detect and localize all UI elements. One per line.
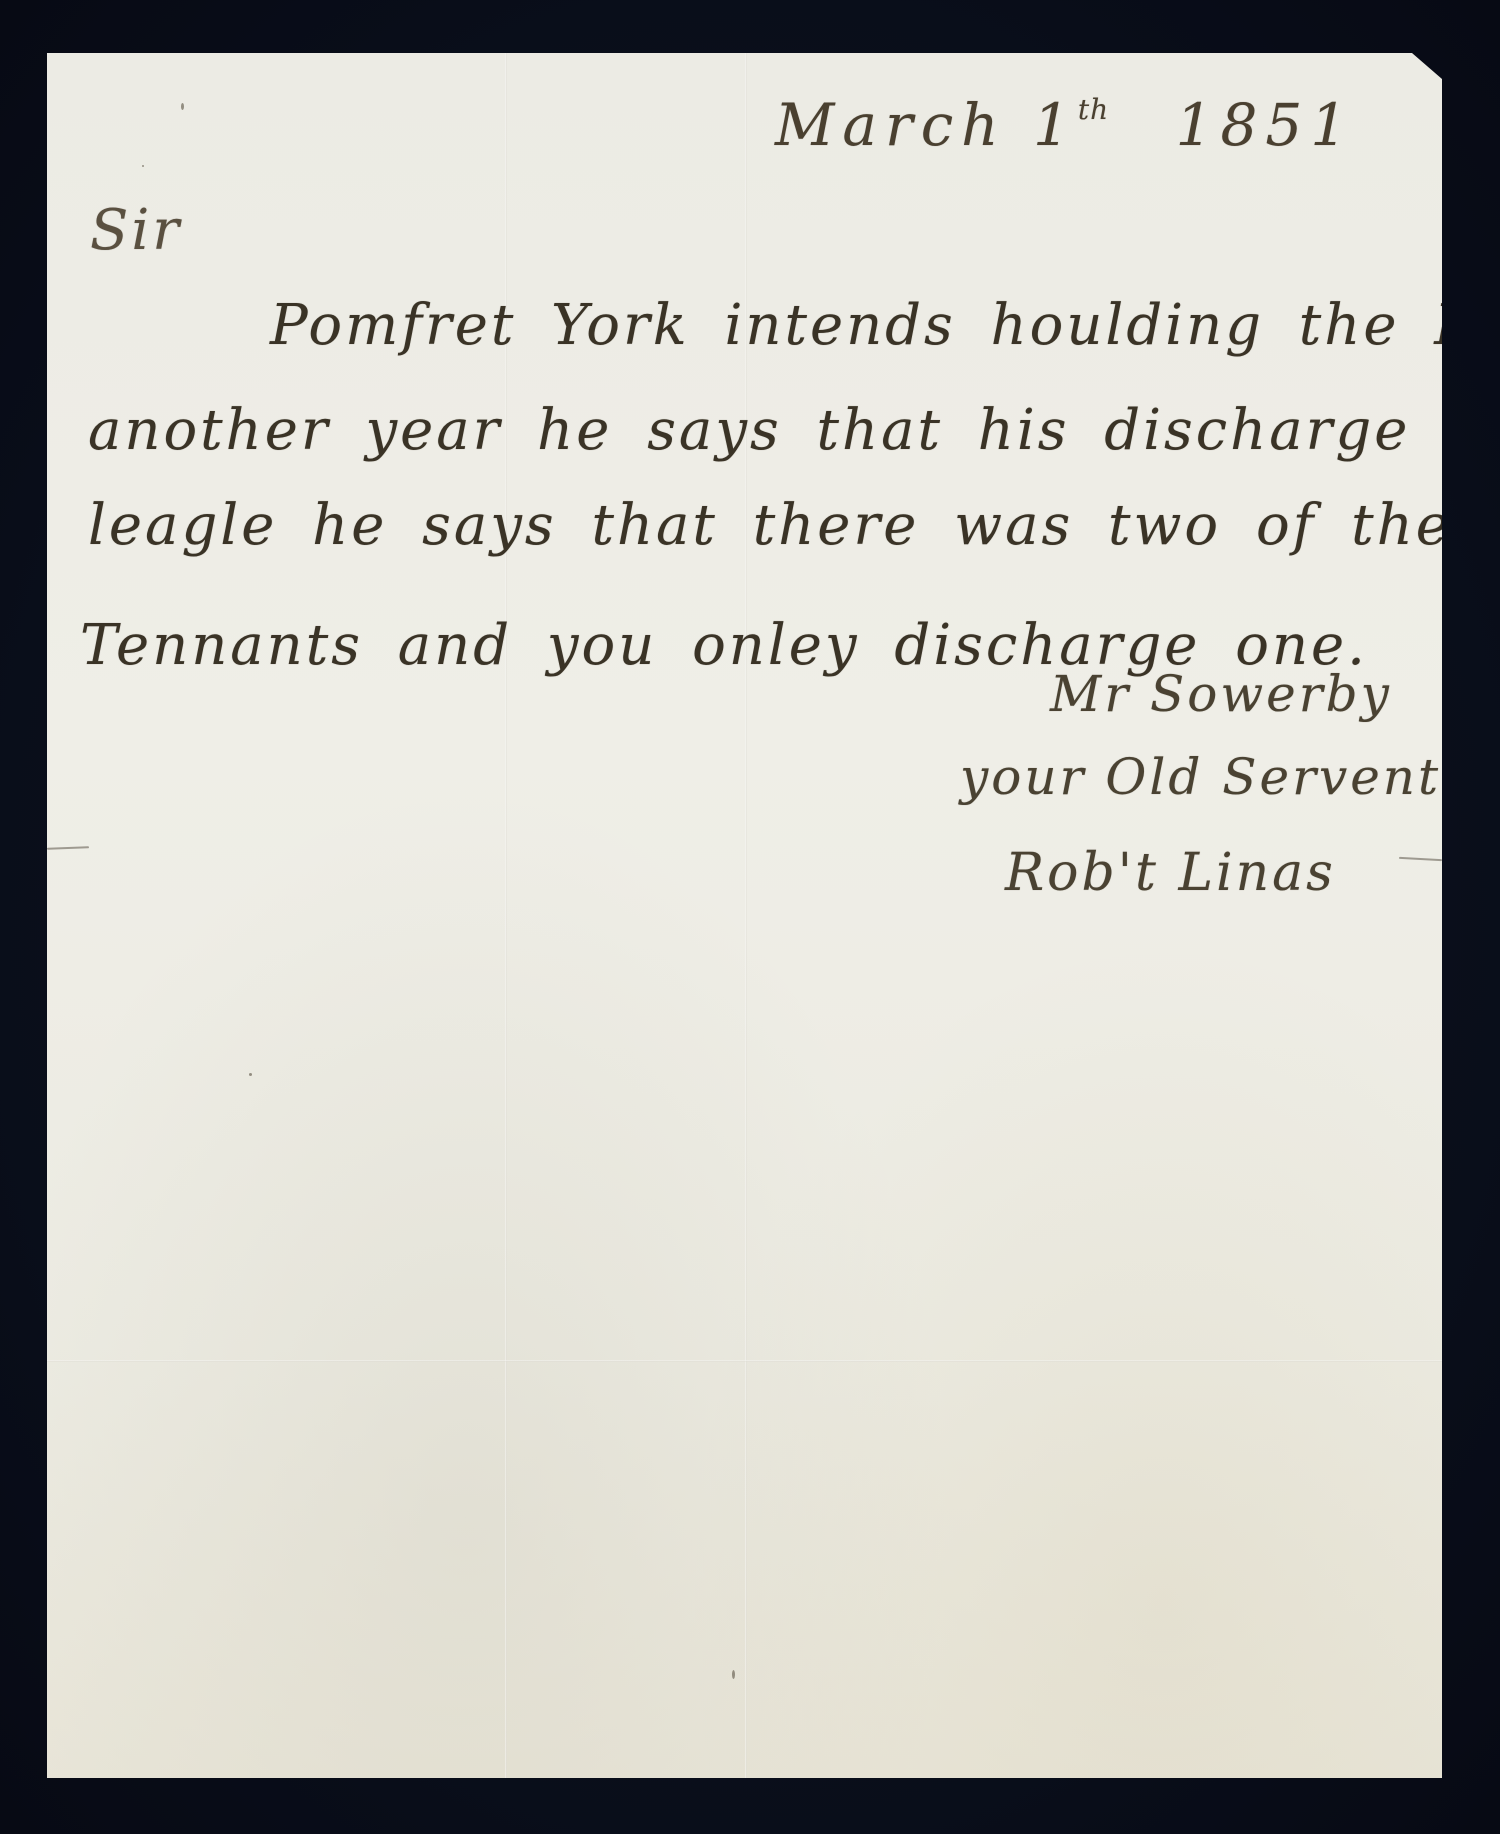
body-line-2: another year he says that his discharge … bbox=[88, 398, 1500, 463]
signature: Rob't Linas bbox=[1005, 843, 1336, 903]
salutation: Sir bbox=[90, 198, 182, 263]
ink-speck bbox=[732, 1670, 735, 1679]
ink-speck bbox=[142, 165, 144, 167]
horizontal-fold bbox=[47, 1360, 1442, 1362]
body-line-3: leagle he says that there was two of the… bbox=[88, 493, 1500, 558]
closing-recipient: Mr Sowerby bbox=[1050, 665, 1392, 723]
letter-date: March 1th 1851 bbox=[775, 91, 1355, 159]
date-year: 1851 bbox=[1176, 91, 1356, 159]
date-ordinal: th bbox=[1078, 93, 1109, 126]
closing-valediction: your Old Servent bbox=[960, 748, 1441, 806]
right-edge-tear bbox=[1399, 857, 1442, 861]
body-line-1: Pomfret York intends houlding the Farm bbox=[270, 293, 1500, 358]
left-edge-tear bbox=[47, 846, 89, 849]
letter-paper: March 1th 1851 Sir Pomfret York intends … bbox=[47, 53, 1442, 1778]
ink-speck bbox=[249, 1073, 252, 1076]
ink-speck bbox=[181, 103, 184, 110]
date-month-day: March 1 bbox=[775, 91, 1078, 159]
